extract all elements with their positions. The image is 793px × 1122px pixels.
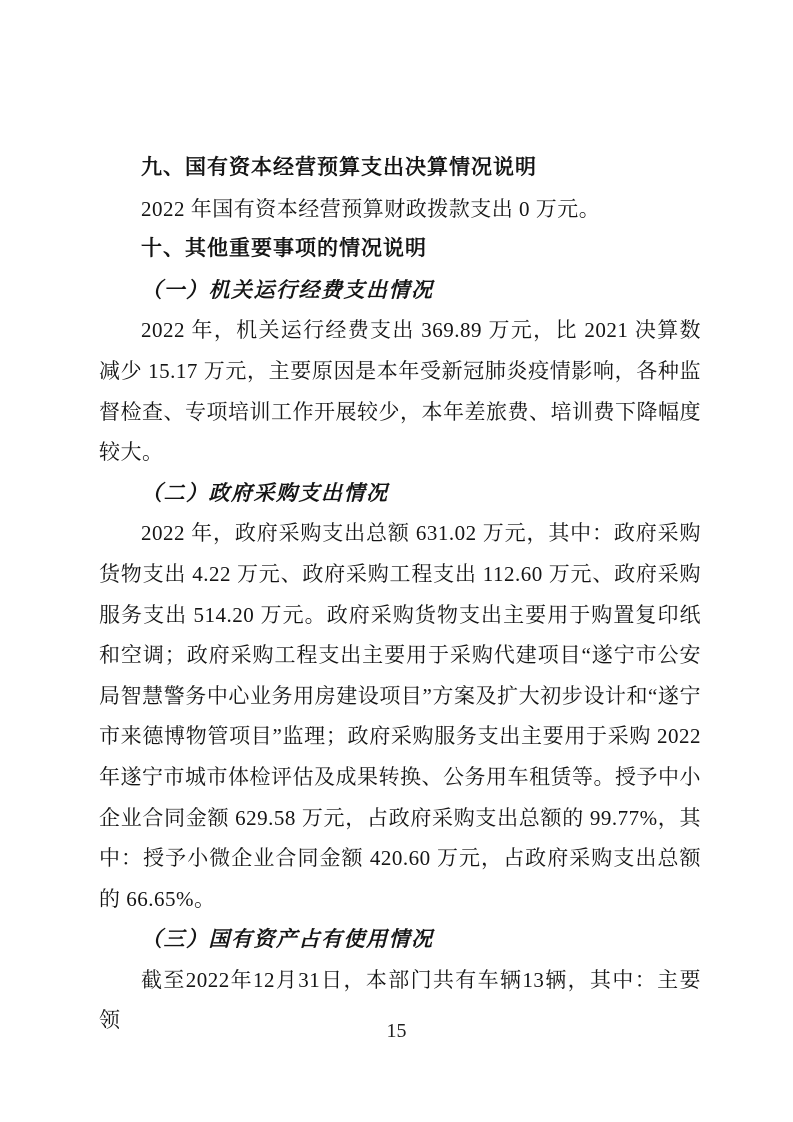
section-heading-nine: 九、国有资本经营预算支出决算情况说明 (99, 148, 701, 189)
page-number: 15 (0, 1016, 793, 1046)
subsection-heading-one: （一）机关运行经费支出情况 (99, 270, 701, 311)
government-procurement-paragraph: 2022 年，政府采购支出总额 631.02 万元，其中：政府采购货物支出 4.… (99, 513, 701, 919)
content-area: 九、国有资本经营预算支出决算情况说明 2022 年国有资本经营预算财政拨款支出 … (99, 148, 701, 1041)
state-capital-budget-paragraph: 2022 年国有资本经营预算财政拨款支出 0 万元。 (99, 189, 701, 230)
document-page: 九、国有资本经营预算支出决算情况说明 2022 年国有资本经营预算财政拨款支出 … (0, 0, 793, 1122)
subsection-heading-two: （二）政府采购支出情况 (99, 473, 701, 514)
section-heading-ten: 十、其他重要事项的情况说明 (99, 229, 701, 270)
subsection-heading-three: （三）国有资产占有使用情况 (99, 919, 701, 960)
agency-operating-expense-paragraph: 2022 年，机关运行经费支出 369.89 万元，比 2021 决算数减少 1… (99, 310, 701, 472)
